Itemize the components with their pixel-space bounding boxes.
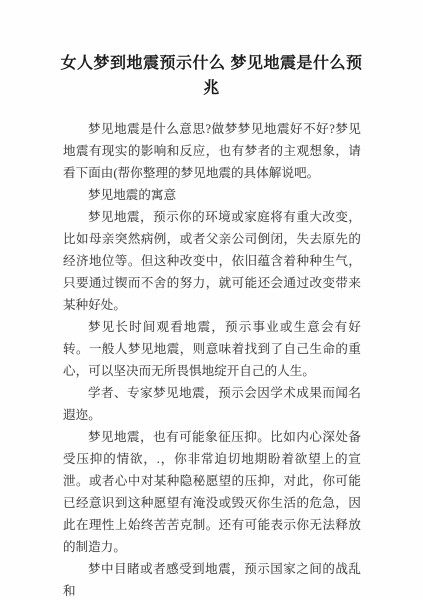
paragraph-scholars: 学者、专家梦见地震，预示会因学术成果而闻名遐迩。 [63, 382, 361, 426]
article-body: 梦见地震是什么意思?做梦梦见地震好不好?梦见地震有现实的影响和反应，也有梦者的主… [63, 118, 361, 600]
section-heading-dream-meaning: 梦见地震的寓意 [63, 184, 361, 206]
article-title: 女人梦到地震预示什么 梦见地震是什么预兆 [60, 51, 364, 101]
paragraph-repression: 梦见地震，也有可能象征压抑。比如内心深处备受压抑的情欲，.，你非常迫切地期盼着欲… [63, 426, 361, 558]
paragraph-watching-earthquake: 梦见长时间观看地震，预示事业或生意会有好转。一般人梦见地震，则意味着找到了自己生… [63, 316, 361, 382]
paragraph-war: 梦中目睹或者感受到地震，预示国家之间的战乱和 [63, 558, 361, 600]
paragraph-major-change: 梦见地震，预示你的环境或家庭将有重大改变，比如母亲突然病例，或者父亲公司倒闭，失… [63, 206, 361, 316]
intro-paragraph: 梦见地震是什么意思?做梦梦见地震好不好?梦见地震有现实的影响和反应，也有梦者的主… [63, 118, 361, 184]
document-page: 女人梦到地震预示什么 梦见地震是什么预兆 梦见地震是什么意思?做梦梦见地震好不好… [0, 0, 423, 600]
